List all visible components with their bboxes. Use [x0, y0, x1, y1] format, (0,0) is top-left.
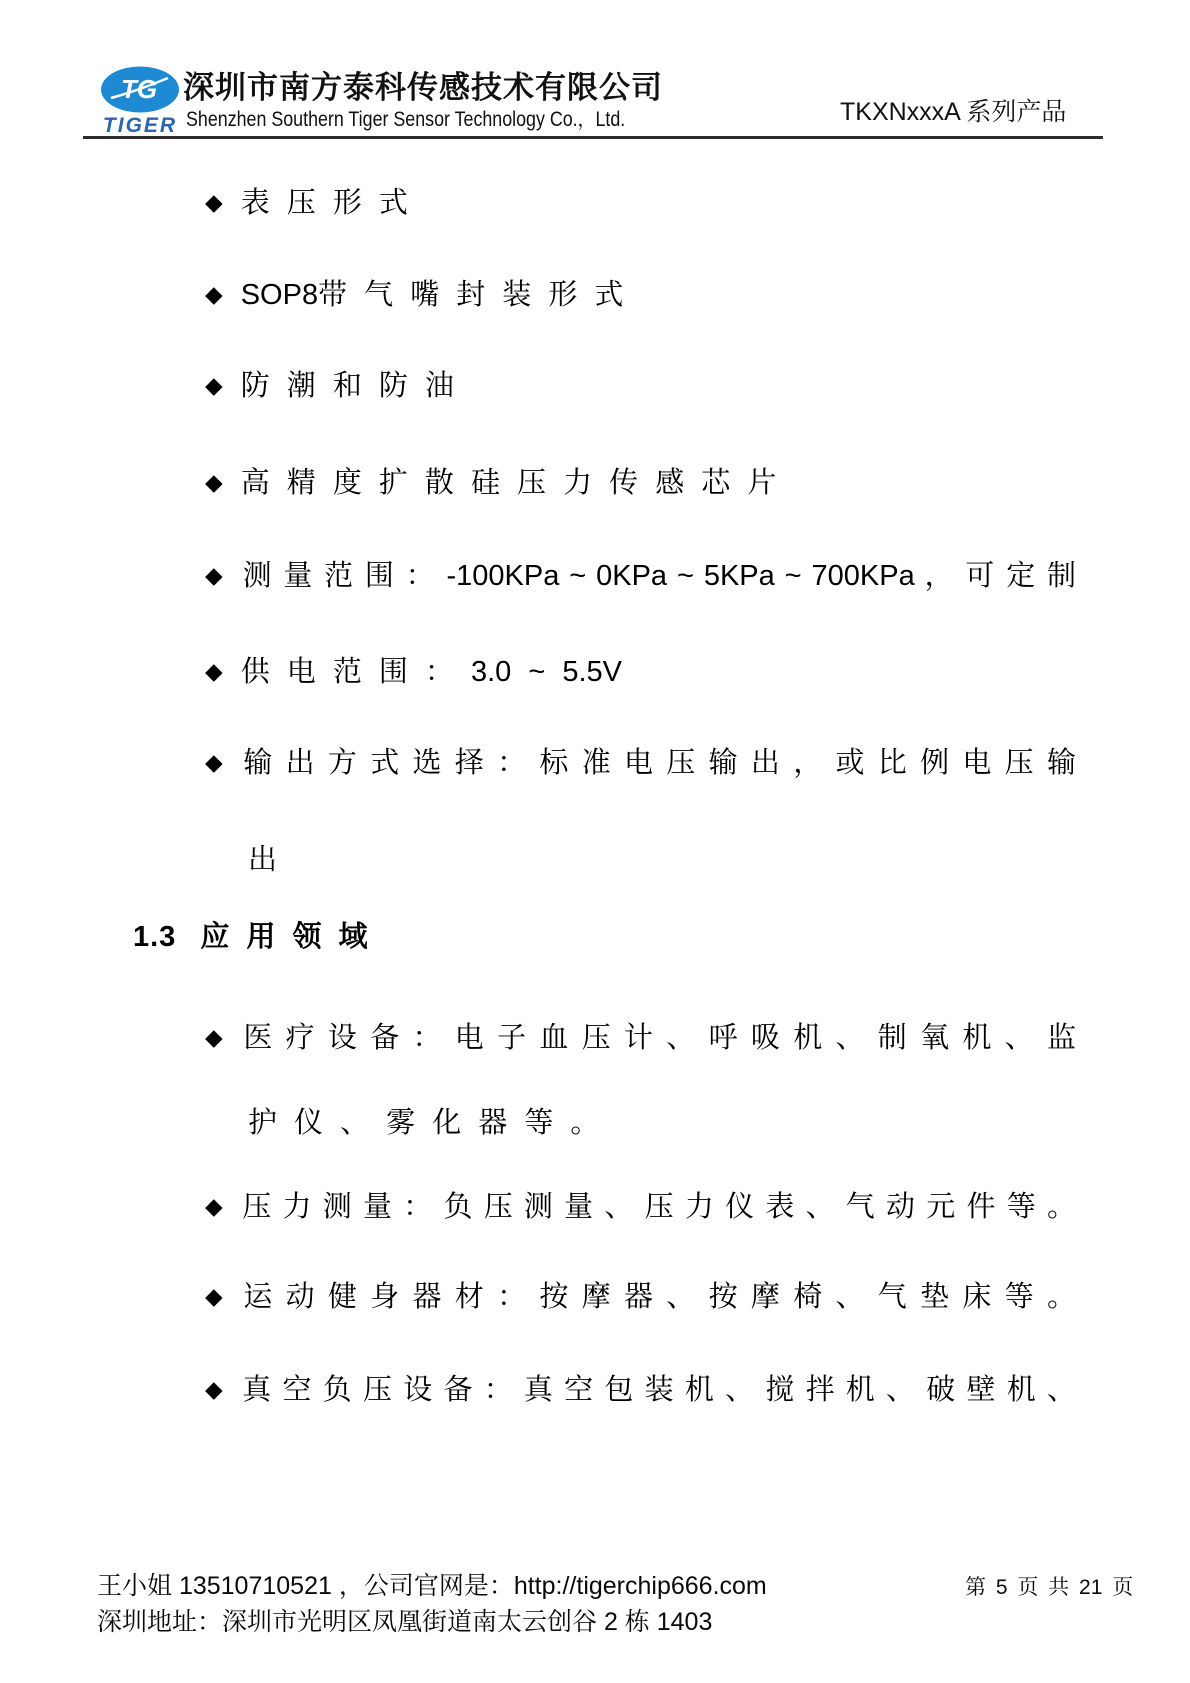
bullet-diamond-icon: ◆ [205, 658, 223, 684]
bullet-diamond-icon: ◆ [205, 1193, 224, 1219]
company-name-cn: 深圳市南方泰科传感技术有限公司 [183, 62, 663, 107]
bullet-diamond-icon: ◆ [205, 1376, 224, 1402]
tiger-logo-icon: TG [100, 66, 180, 113]
application-item: ◆医 疗 设 备 ： 电 子 血 压 计 、 呼 吸 机 、 制 氧 机 、 监 [205, 1021, 1076, 1056]
feature-text: 测 量 范 围 ： -100KPa ~ 0KPa ~ 5KPa ~ 700KPa… [243, 560, 1076, 592]
bullet-diamond-icon: ◆ [205, 189, 223, 215]
application-text: 运 动 健 身 器 材 ： 按 摩 器 、 按 摩 椅 、 气 垫 床 等 。 [243, 1281, 1076, 1313]
feature-item: ◆表 压 形 式 [205, 186, 408, 221]
doc-series-title: TKXNxxxA 系列产品 [840, 92, 1066, 128]
bullet-diamond-icon: ◆ [205, 1024, 225, 1050]
application-text: 压 力 测 量 ： 负 压 测 量 、 压 力 仪 表 、 气 动 元 件 等 … [242, 1191, 1076, 1223]
application-text: 真 空 负 压 设 备 ： 真 空 包 装 机 、 搅 拌 机 、 破 壁 机 … [242, 1374, 1076, 1406]
contact-line: 王小姐 13510710521 ，公司官网是：http://tigerchip6… [97, 1566, 767, 1602]
application-text: 医 疗 设 备 ： 电 子 血 压 计 、 呼 吸 机 、 制 氧 机 、 监 [243, 1022, 1076, 1054]
bullet-diamond-icon: ◆ [205, 1283, 225, 1309]
header-rule [83, 136, 1103, 139]
section-heading: 1.3应 用 领 域 [133, 920, 368, 954]
page-number: 第 5 页 共 21 页 [965, 1571, 1133, 1601]
application-item: ◆运 动 健 身 器 材 ： 按 摩 器 、 按 摩 椅 、 气 垫 床 等 。 [205, 1280, 1076, 1315]
bullet-diamond-icon: ◆ [205, 372, 223, 398]
feature-text: SOP8带 气 嘴 封 装 形 式 [241, 279, 624, 311]
company-logo: TG TIGER [98, 66, 182, 138]
feature-item: ◆输 出 方 式 选 择 ： 标 准 电 压 输 出 ， 或 比 例 电 压 输 [205, 746, 1076, 781]
feature-text: 输 出 方 式 选 择 ： 标 准 电 压 输 出 ， 或 比 例 电 压 输 [243, 747, 1076, 779]
feature-item: ◆防 潮 和 防 油 [205, 369, 454, 404]
logo-monogram: TG [121, 74, 157, 104]
bullet-diamond-icon: ◆ [205, 281, 223, 307]
application-text: 护 仪 、 雾 化 器 等 。 [248, 1107, 599, 1139]
section-number: 1.3 [133, 921, 176, 953]
bullet-diamond-icon: ◆ [205, 562, 225, 588]
feature-item-continuation: 出 [248, 843, 277, 877]
bullet-diamond-icon: ◆ [205, 749, 225, 775]
feature-item: ◆高 精 度 扩 散 硅 压 力 传 感 芯 片 [205, 466, 776, 501]
document-page: TG TIGER 深圳市南方泰科传感技术有限公司 Shenzhen Southe… [0, 0, 1190, 1683]
feature-text: 出 [248, 844, 277, 876]
bullet-diamond-icon: ◆ [205, 469, 223, 495]
logo-word: TIGER [98, 114, 182, 138]
feature-item: ◆SOP8带 气 嘴 封 装 形 式 [205, 278, 623, 313]
section-title: 应 用 领 域 [200, 921, 367, 953]
feature-text: 供 电 范 围 ： 3.0 ~ 5.5V [241, 656, 622, 688]
application-item: ◆真 空 负 压 设 备 ： 真 空 包 装 机 、 搅 拌 机 、 破 壁 机… [205, 1373, 1076, 1408]
application-item: ◆压 力 测 量 ： 负 压 测 量 、 压 力 仪 表 、 气 动 元 件 等… [205, 1190, 1076, 1225]
feature-item: ◆测 量 范 围 ： -100KPa ~ 0KPa ~ 5KPa ~ 700KP… [205, 559, 1076, 594]
feature-text: 表 压 形 式 [241, 187, 408, 219]
feature-item: ◆供 电 范 围 ： 3.0 ~ 5.5V [205, 655, 622, 690]
company-name-en: Shenzhen Southern Tiger Sensor Technolog… [186, 103, 625, 133]
address-line: 深圳地址：深圳市光明区凤凰街道南太云创谷 2 栋 1403 [97, 1602, 712, 1638]
application-item-continuation: 护 仪 、 雾 化 器 等 。 [248, 1106, 599, 1140]
feature-text: 防 潮 和 防 油 [241, 370, 454, 402]
feature-text: 高 精 度 扩 散 硅 压 力 传 感 芯 片 [241, 467, 777, 499]
